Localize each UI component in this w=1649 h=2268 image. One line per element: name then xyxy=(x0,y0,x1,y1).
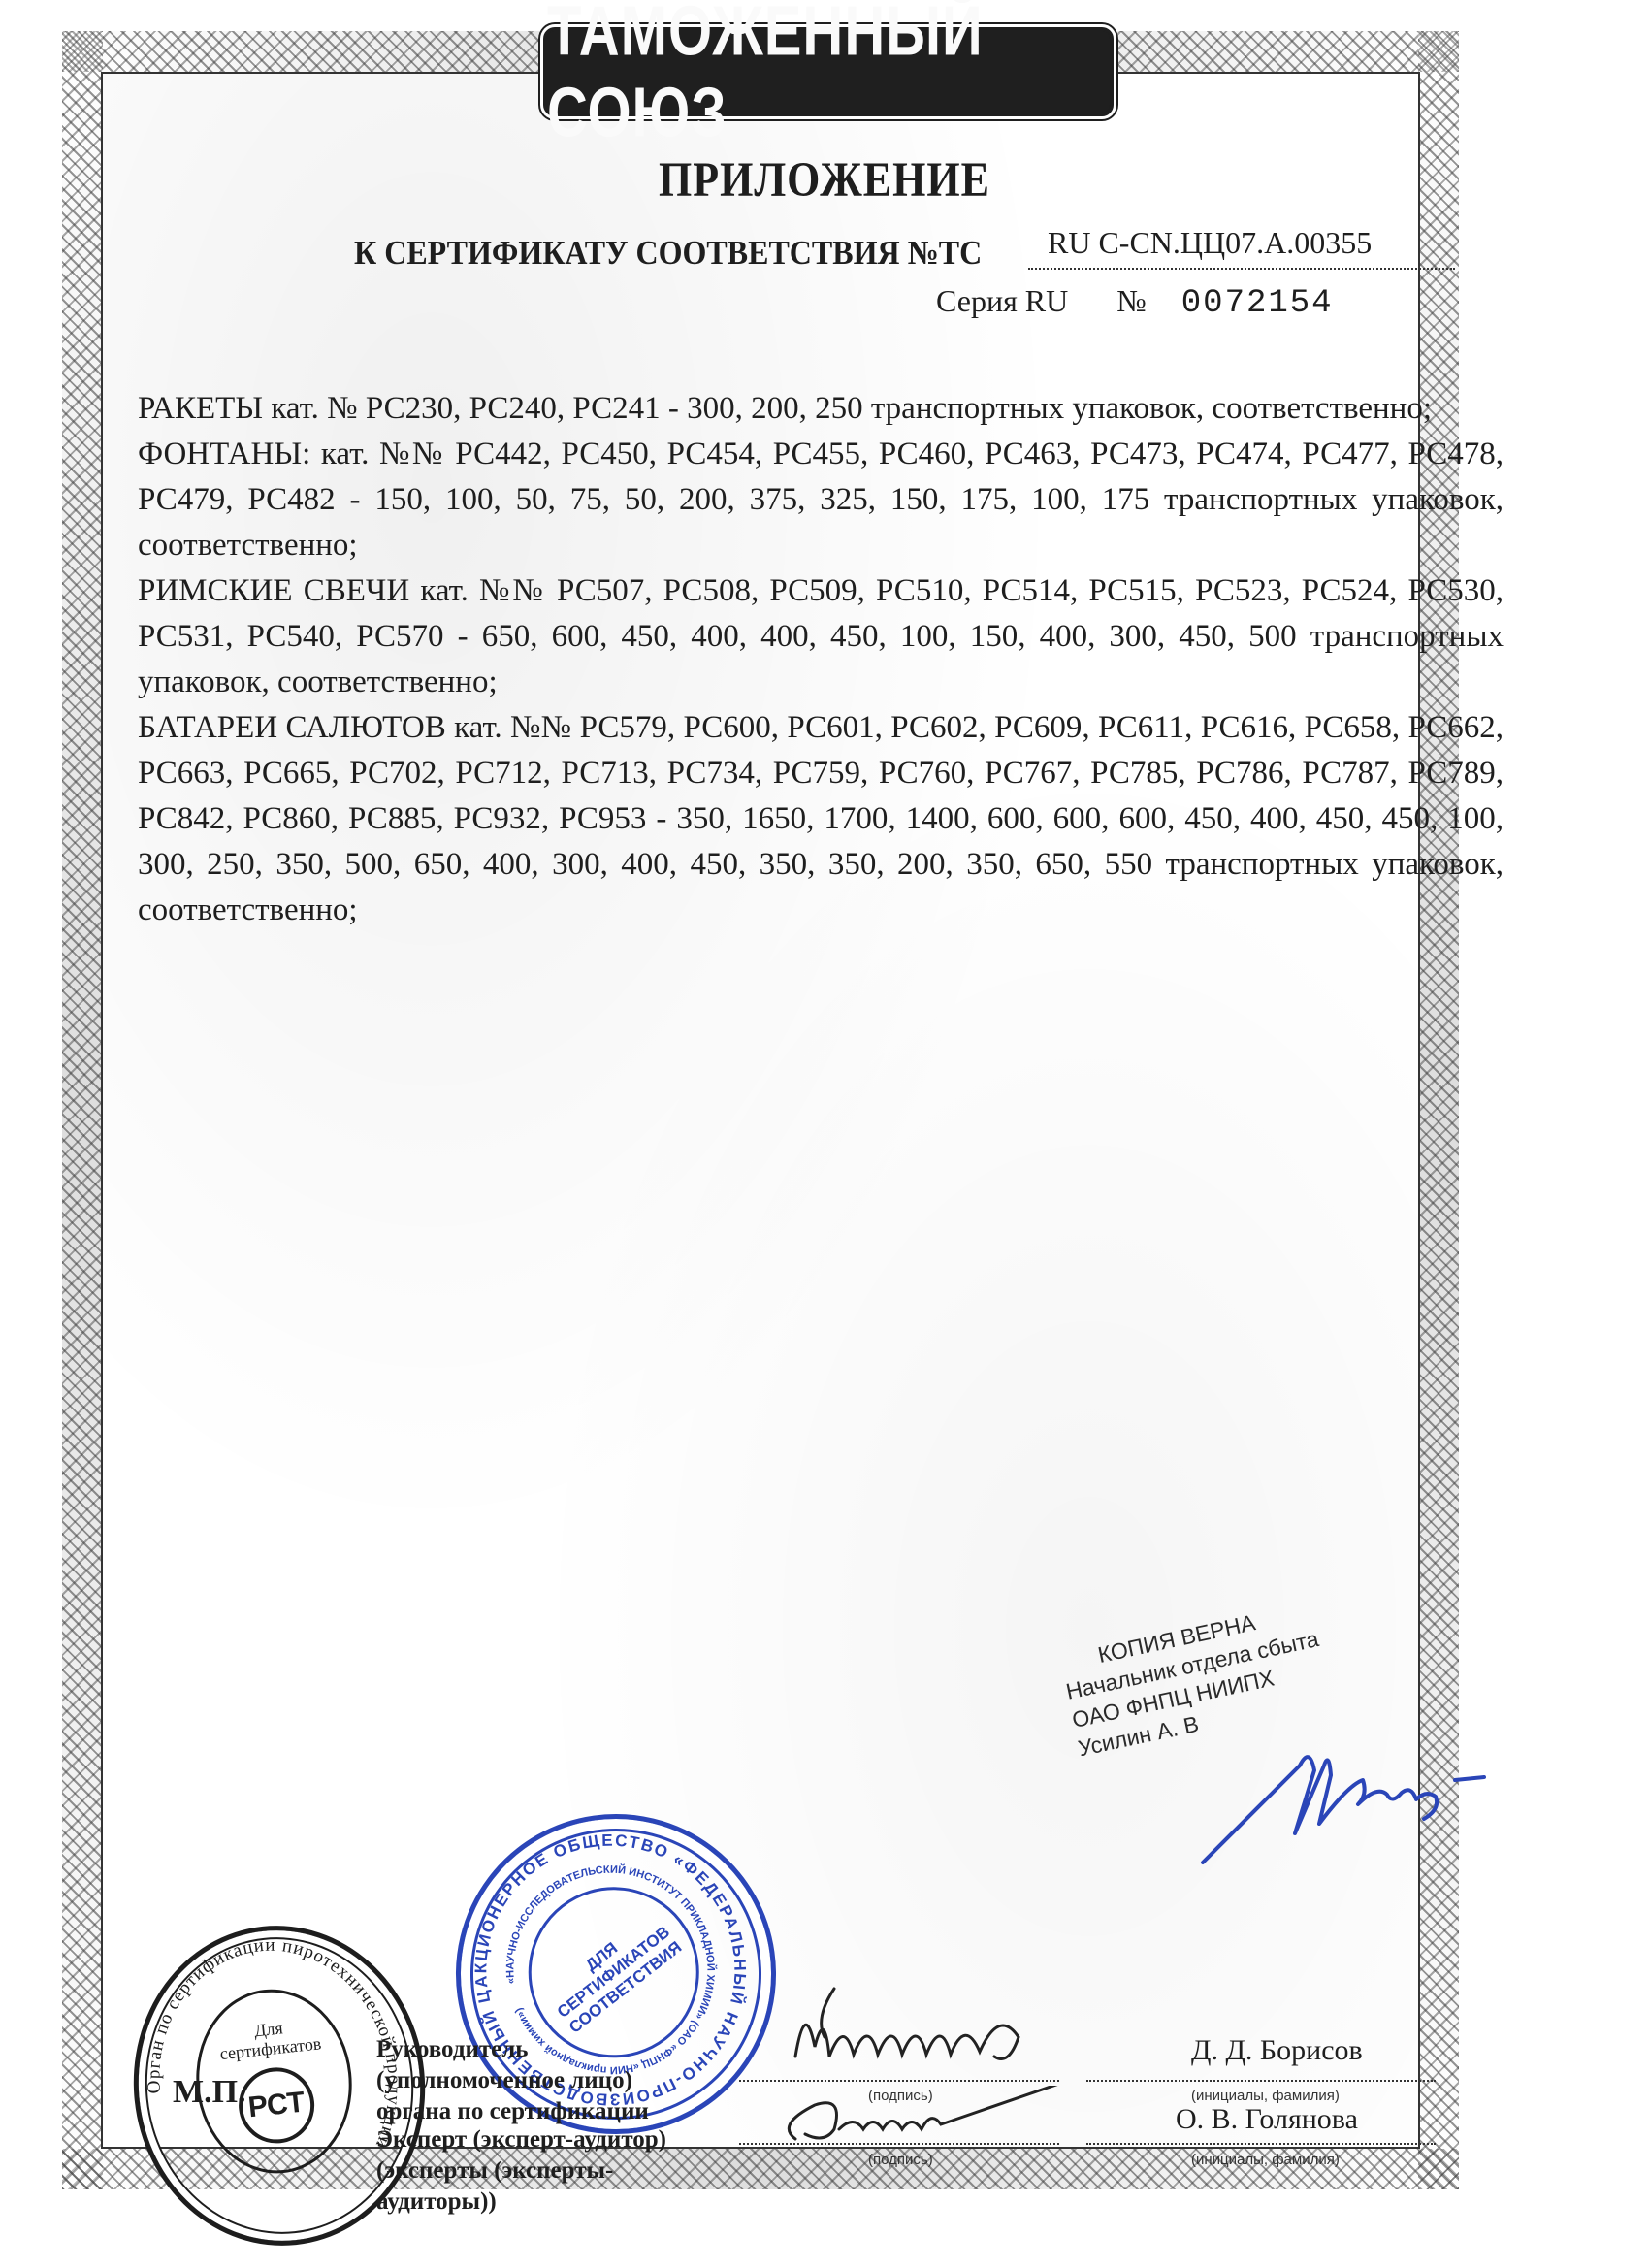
border-left-ornament xyxy=(62,31,103,2189)
head-name: Д. Д. Борисов xyxy=(1191,2034,1363,2067)
stamp-place-label: М.П. xyxy=(173,2074,246,2111)
head-name-line xyxy=(1086,2079,1436,2082)
certificate-number-field: RU C-CN.ЦЦ07.А.00355 xyxy=(1028,225,1455,270)
expert-role-label: Эксперт (эксперт-аудитор) (эксперты (экс… xyxy=(376,2124,706,2218)
head-signature-icon xyxy=(776,1979,1067,2076)
customs-union-banner: ТАМОЖЕННЫЙ СОЮЗ xyxy=(543,27,1114,116)
form-number: 0072154 xyxy=(1181,285,1334,322)
signature-caption: (подпись) xyxy=(868,2152,933,2168)
paragraph-fireworks-batteries: БАТАРЕИ САЛЮТОВ кат. №№ РС579, РС600, РС… xyxy=(138,705,1503,933)
series-line: Серия RU № 0072154 xyxy=(936,283,1334,322)
title-text: ПРИЛОЖЕНИЕ xyxy=(659,151,990,209)
seal-center-line: сертификатов xyxy=(219,2033,322,2063)
number-sign: № xyxy=(1116,283,1147,318)
banner-text: ТАМОЖЕННЫЙ СОЮЗ xyxy=(547,0,1110,153)
series-value: RU xyxy=(1025,283,1068,318)
expert-signature-line xyxy=(739,2142,1059,2145)
series-label: Серия xyxy=(936,283,1018,318)
paragraph-roman-candles: РИМСКИЕ СВЕЧИ кат. №№ РС507, РС508, РС50… xyxy=(138,568,1503,705)
expert-name-line xyxy=(1086,2142,1436,2145)
product-list: РАКЕТЫ кат. № РС230, РС240, РС241 - 300,… xyxy=(138,386,1503,933)
certificate-reference: К СЕРТИФИКАТУ СООТВЕТСТВИЯ №ТС xyxy=(354,235,982,271)
document-title: ПРИЛОЖЕНИЕ xyxy=(0,155,1649,205)
signature-caption: (подпись) xyxy=(868,2088,933,2104)
paragraph-rockets: РАКЕТЫ кат. № РС230, РС240, РС241 - 300,… xyxy=(138,386,1503,432)
head-role-label: Руководитель (уполномоченное лицо) орган… xyxy=(376,2034,696,2127)
expert-name: О. В. Голянова xyxy=(1176,2103,1358,2136)
name-caption: (инициалы, фамилия) xyxy=(1191,2088,1340,2104)
expert-signature-icon xyxy=(766,2086,1232,2163)
paragraph-fountains: ФОНТАНЫ: кат. №№ РС442, РС450, РС454, РС… xyxy=(138,432,1503,568)
certificate-label: К СЕРТИФИКАТУ СООТВЕТСТВИЯ №ТС xyxy=(354,233,982,273)
head-signature-line xyxy=(739,2079,1059,2082)
rst-logo-icon: РСТ xyxy=(235,2064,318,2148)
blue-signature-icon xyxy=(1193,1727,1503,1872)
name-caption: (инициалы, фамилия) xyxy=(1191,2152,1340,2168)
certificate-number: RU C-CN.ЦЦ07.А.00355 xyxy=(1048,225,1372,261)
